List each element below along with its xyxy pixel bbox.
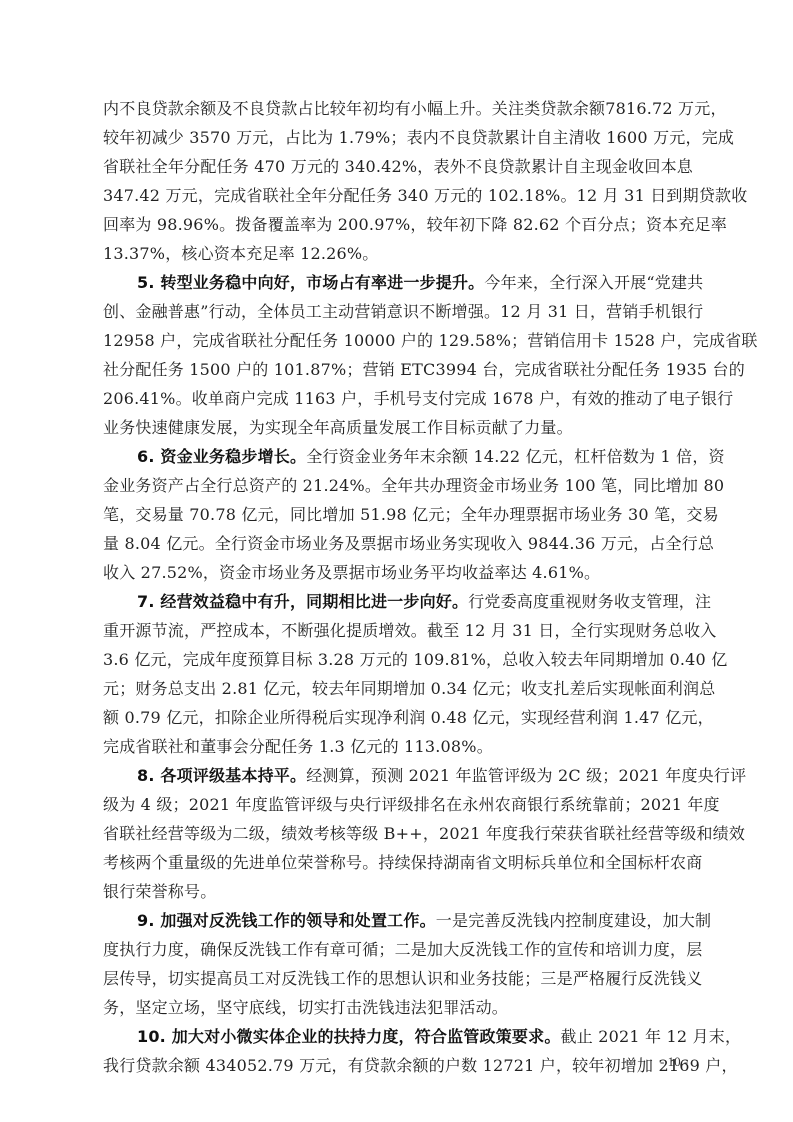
- text-line: 省联社全年分配任务 470 万元的 340.42%，表外不良贷款累计自主现金收回…: [103, 152, 693, 181]
- section-7: 7. 经营效益稳中有升，同期相比进一步向好。行党委高度重视财务收支管理，注 重开…: [103, 587, 693, 761]
- section-first-line: 10. 加大对小微实体企业的扶持力度，符合监管政策要求。截止 2021 年 12…: [103, 1022, 693, 1051]
- intro-paragraph: 内不良贷款余额及不良贷款占比较年初均有小幅上升。关注类贷款余额7816.72 万…: [103, 94, 693, 268]
- text-line: 社分配任务 1500 户的 101.87%；营销 ETC3994 台，完成省联社…: [103, 355, 693, 384]
- document-body: 内不良贷款余额及不良贷款占比较年初均有小幅上升。关注类贷款余额7816.72 万…: [103, 94, 693, 1080]
- text-line: 完成省联社和董事会分配任务 1.3 亿元的 113.08%。: [103, 732, 693, 761]
- section-9: 9. 加强对反洗钱工作的领导和处置工作。一是完善反洗钱内控制度建设，加大制 度执…: [103, 906, 693, 1022]
- section-heading: 7. 经营效益稳中有升，同期相比进一步向好。: [137, 592, 468, 611]
- section-text: 经测算，预测 2021 年监管评级为 2C 级；2021 年度央行评: [306, 766, 746, 785]
- text-line: 考核两个重量级的先进单位荣誉称号。持续保持湖南省文明标兵单位和全国标杆农商: [103, 848, 693, 877]
- section-heading: 5. 转型业务稳中向好，市场占有率进一步提升。: [137, 273, 484, 292]
- section-5: 5. 转型业务稳中向好，市场占有率进一步提升。今年来，全行深入开展“党建共 创、…: [103, 268, 693, 442]
- section-first-line: 9. 加强对反洗钱工作的领导和处置工作。一是完善反洗钱内控制度建设，加大制: [103, 906, 693, 935]
- section-text: 截止 2021 年 12 月末，: [561, 1027, 742, 1046]
- page-number: - 10 -: [660, 1054, 688, 1070]
- section-text: 全行资金业务年末余额 14.22 亿元，杠杆倍数为 1 倍，资: [306, 447, 725, 466]
- section-text: 一是完善反洗钱内控制度建设，加大制: [436, 911, 711, 930]
- section-10: 10. 加大对小微实体企业的扶持力度，符合监管政策要求。截止 2021 年 12…: [103, 1022, 693, 1080]
- section-first-line: 5. 转型业务稳中向好，市场占有率进一步提升。今年来，全行深入开展“党建共: [103, 268, 693, 297]
- text-line: 3.6 亿元，完成年度预算目标 3.28 万元的 109.81%，总收入较去年同…: [103, 645, 693, 674]
- section-heading: 8. 各项评级基本持平。: [137, 766, 306, 785]
- text-line: 层传导，切实提高员工对反洗钱工作的思想认识和业务技能；三是严格履行反洗钱义: [103, 964, 693, 993]
- text-line: 银行荣誉称号。: [103, 877, 693, 906]
- text-line: 笔，交易量 70.78 亿元，同比增加 51.98 亿元；全年办理票据市场业务 …: [103, 500, 693, 529]
- text-line: 创、金融普惠”行动，全体员工主动营销意识不断增强。12 月 31 日，营销手机银…: [103, 297, 693, 326]
- text-line: 量 8.04 亿元。全行资金市场业务及票据市场业务实现收入 9844.36 万元…: [103, 529, 693, 558]
- section-heading: 6. 资金业务稳步增长。: [137, 447, 306, 466]
- text-line: 12958 户，完成省联社分配任务 10000 户的 129.58%；营销信用卡…: [103, 326, 693, 355]
- section-text: 行党委高度重视财务收支管理，注: [468, 592, 711, 611]
- text-line: 务，坚定立场，坚守底线，切实打击洗钱违法犯罪活动。: [103, 993, 693, 1022]
- section-heading: 9. 加强对反洗钱工作的领导和处置工作。: [137, 911, 436, 930]
- section-6: 6. 资金业务稳步增长。全行资金业务年末余额 14.22 亿元，杠杆倍数为 1 …: [103, 442, 693, 587]
- section-first-line: 6. 资金业务稳步增长。全行资金业务年末余额 14.22 亿元，杠杆倍数为 1 …: [103, 442, 693, 471]
- section-heading: 10. 加大对小微实体企业的扶持力度，符合监管政策要求。: [137, 1027, 561, 1046]
- text-line: 额 0.79 亿元，扣除企业所得税后实现净利润 0.48 亿元，实现经营利润 1…: [103, 703, 693, 732]
- text-line: 省联社经营等级为二级，绩效考核等级 B++，2021 年度我行荣获省联社经营等级…: [103, 819, 693, 848]
- text-line: 收入 27.52%，资金市场业务及票据市场业务平均收益率达 4.61%。: [103, 558, 693, 587]
- text-line: 度执行力度，确保反洗钱工作有章可循；二是加大反洗钱工作的宣传和培训力度，层: [103, 935, 693, 964]
- section-text: 今年来，全行深入开展“党建共: [484, 273, 703, 292]
- text-line: 内不良贷款余额及不良贷款占比较年初均有小幅上升。关注类贷款余额7816.72 万…: [103, 94, 693, 123]
- text-line: 较年初减少 3570 万元，占比为 1.79%；表内不良贷款累计自主清收 160…: [103, 123, 693, 152]
- text-line: 206.41%。收单商户完成 1163 户，手机号支付完成 1678 户，有效的…: [103, 384, 693, 413]
- text-line: 金业务资产占全行总资产的 21.24%。全年共办理资金市场业务 100 笔，同比…: [103, 471, 693, 500]
- text-line: 回率为 98.96%。拨备覆盖率为 200.97%，较年初下降 82.62 个百…: [103, 210, 693, 239]
- text-line: 重开源节流，严控成本，不断强化提质增效。截至 12 月 31 日，全行实现财务总…: [103, 616, 693, 645]
- text-line: 级为 4 级；2021 年度监管评级与央行评级排名在永州农商银行系统靠前；202…: [103, 790, 693, 819]
- text-line: 347.42 万元，完成省联社全年分配任务 340 万元的 102.18%。12…: [103, 181, 693, 210]
- text-line: 业务快速健康发展，为实现全年高质量发展工作目标贡献了力量。: [103, 413, 693, 442]
- section-8: 8. 各项评级基本持平。经测算，预测 2021 年监管评级为 2C 级；2021…: [103, 761, 693, 906]
- section-first-line: 7. 经营效益稳中有升，同期相比进一步向好。行党委高度重视财务收支管理，注: [103, 587, 693, 616]
- text-line: 13.37%，核心资本充足率 12.26%。: [103, 239, 693, 268]
- text-line: 元；财务总支出 2.81 亿元，较去年同期增加 0.34 亿元；收支扎差后实现帐…: [103, 674, 693, 703]
- section-first-line: 8. 各项评级基本持平。经测算，预测 2021 年监管评级为 2C 级；2021…: [103, 761, 693, 790]
- text-line: 我行贷款余额 434052.79 万元，有贷款余额的户数 12721 户，较年初…: [103, 1051, 693, 1080]
